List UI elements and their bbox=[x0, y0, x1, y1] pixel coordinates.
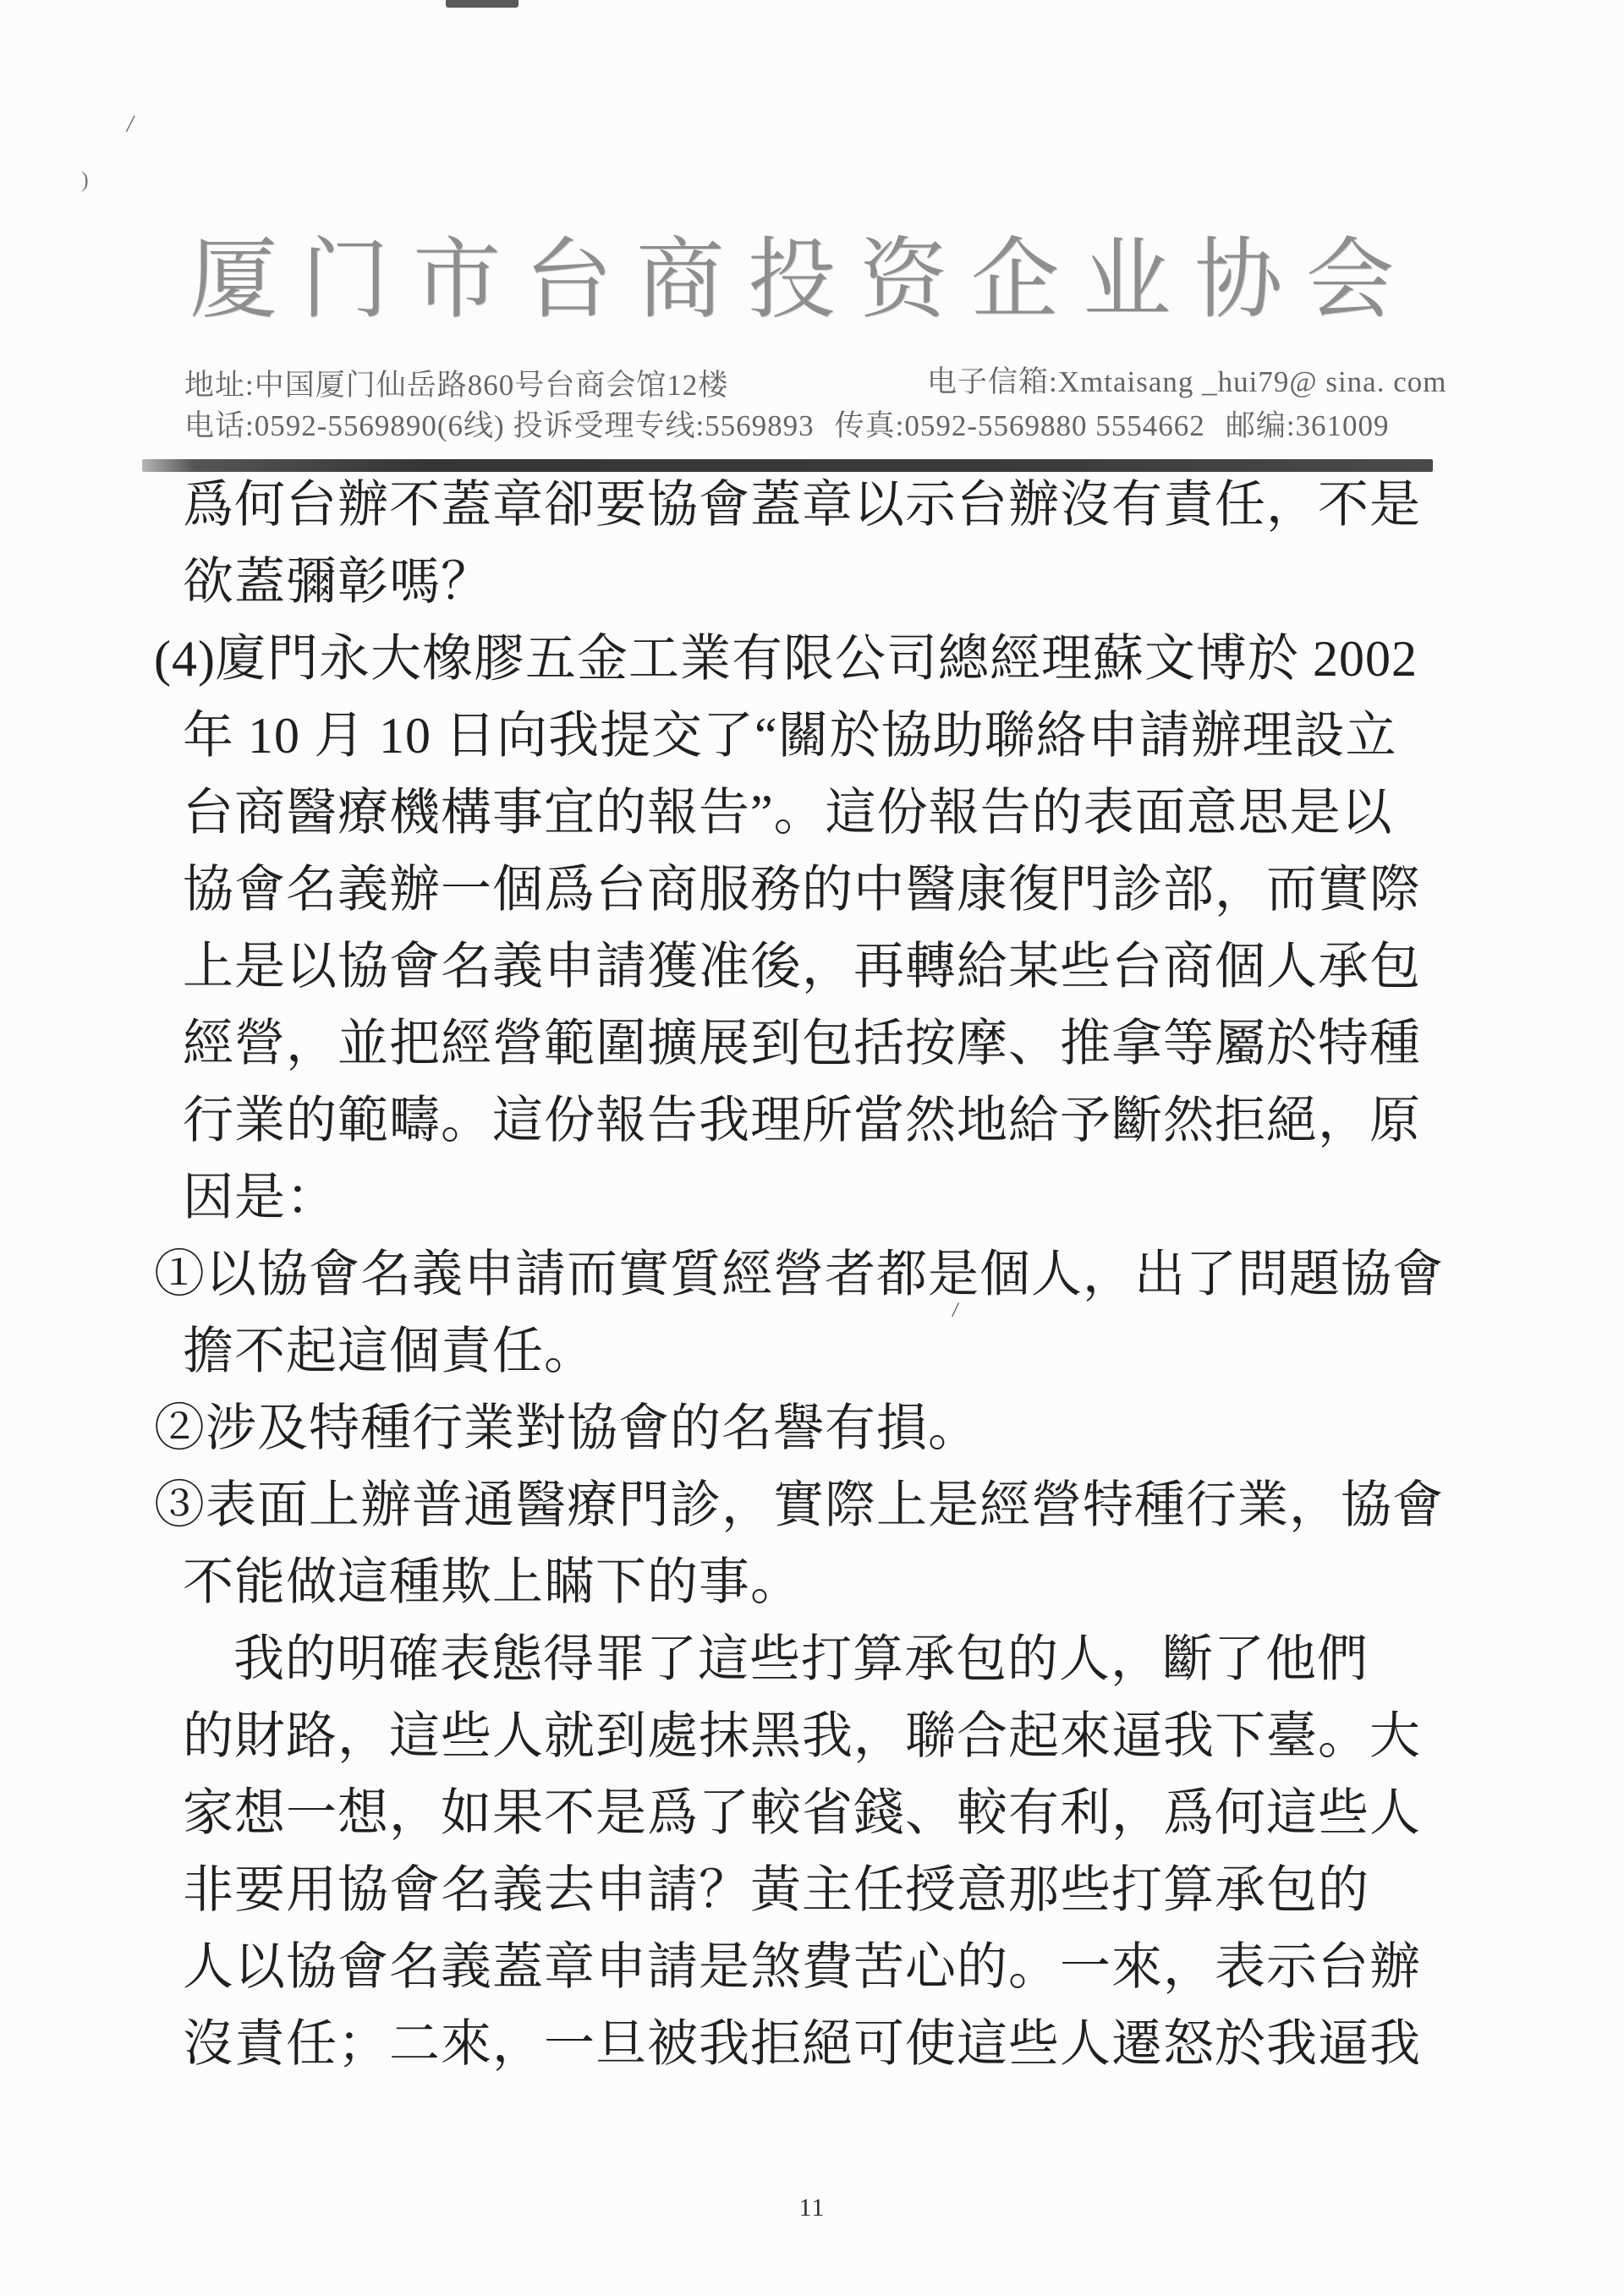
text-line: 因是： bbox=[0, 1159, 1624, 1236]
org-title: 厦门市台商投资企业协会 bbox=[189, 233, 1418, 328]
text-line: 台商醫療機構事宜的報告”。這份報告的表面意思是以 bbox=[0, 775, 1624, 852]
text-line: 我的明確表態得罪了這些打算承包的人，斷了他們 bbox=[0, 1621, 1624, 1698]
text-line: 非要用協會名義去申請？黃主任授意那些打算承包的 bbox=[0, 1852, 1624, 1929]
text-line: 年 10 月 10 日向我提交了“關於協助聯絡申請辦理設立 bbox=[0, 698, 1624, 775]
scan-artifact: ) bbox=[81, 169, 89, 191]
text-line: 行業的範疇。這份報告我理所當然地給予斷然拒絕，原 bbox=[0, 1082, 1624, 1159]
text-line: 擔不起這個責任。 bbox=[0, 1313, 1624, 1390]
text-line: 家想一想，如果不是爲了較省錢、較有利，爲何這些人 bbox=[0, 1775, 1624, 1852]
scan-artifact: / bbox=[125, 112, 135, 138]
email-line: 电子信箱:Xmtaisang _hui79@ sina. com bbox=[927, 367, 1446, 397]
text-line: 的財路，這些人就到處抹黑我，聯合起來逼我下臺。大 bbox=[0, 1698, 1624, 1775]
text-line: 上是以協會名義申請獲准後，再轉給某些台商個人承包 bbox=[0, 929, 1624, 1006]
address-line: 地址:中国厦门仙岳路860号台商会馆12楼 bbox=[184, 370, 728, 400]
document-body: 爲何台辦不蓋章卻要協會蓋章以示台辦沒有責任，不是 欲蓋彌彰嗎？ (4)廈門永大橡… bbox=[0, 467, 1624, 2083]
phone-text: 电话:0592-5569890(6线) 投诉受理专线:5569893 bbox=[184, 411, 815, 441]
text-line: ①以協會名義申請而實質經營者都是個人，出了問題協會 bbox=[0, 1236, 1624, 1313]
text-line: 爲何台辦不蓋章卻要協會蓋章以示台辦沒有責任，不是 bbox=[0, 467, 1624, 544]
text-line: 協會名義辦一個爲台商服務的中醫康復門診部，而實際 bbox=[0, 852, 1624, 929]
text-line: 沒責任；二來，一旦被我拒絕可使這些人遷怒於我逼我 bbox=[0, 2006, 1624, 2083]
fax-text: 传真:0592-5569880 5554662 bbox=[835, 411, 1205, 441]
page-number: 11 bbox=[0, 2194, 1624, 2222]
document-page: / ) / 厦门市台商投资企业协会 地址:中国厦门仙岳路860号台商会馆12楼 … bbox=[0, 0, 1624, 2296]
text-line: 欲蓋彌彰嗎？ bbox=[0, 544, 1624, 621]
text-line: 人以協會名義蓋章申請是煞費苦心的。一來，表示台辦 bbox=[0, 1929, 1624, 2006]
text-line: (4)廈門永大橡膠五金工業有限公司總經理蘇文博於 2002 bbox=[0, 621, 1624, 698]
postal-text: 邮编:361009 bbox=[1226, 411, 1390, 441]
cut-off-text-artifact bbox=[446, 0, 518, 8]
text-line: 不能做這種欺上瞞下的事。 bbox=[0, 1544, 1624, 1621]
phone-fax-line: 电话:0592-5569890(6线) 投诉受理专线:5569893 传真:05… bbox=[184, 411, 1390, 441]
text-line: 經營，並把經營範圍擴展到包括按摩、推拿等屬於特種 bbox=[0, 1006, 1624, 1082]
text-line: ③表面上辦普通醫療門診，實際上是經營特種行業，協會 bbox=[0, 1467, 1624, 1544]
text-line: ②涉及特種行業對協會的名譽有損。 bbox=[0, 1390, 1624, 1467]
